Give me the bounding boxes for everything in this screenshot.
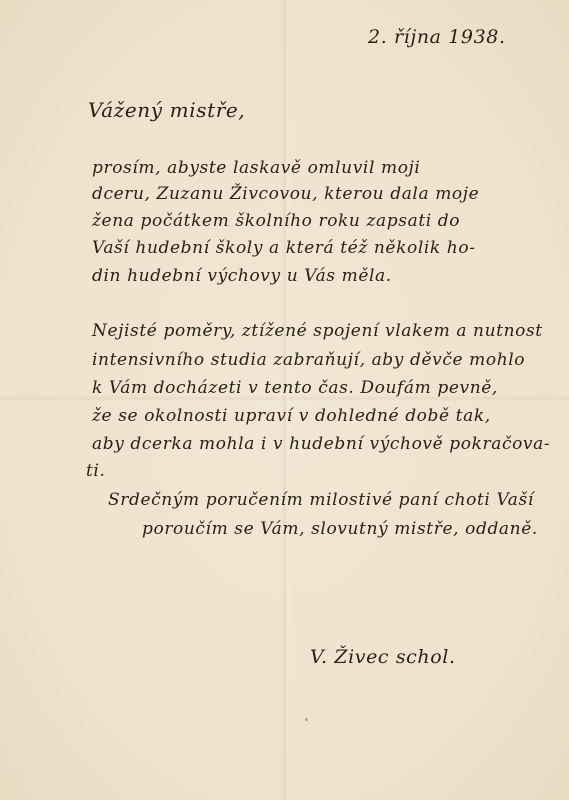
letter-date: 2. října 1938. xyxy=(368,28,506,47)
paragraph-2-line-4: že se okolnosti upraví v dohledné době t… xyxy=(92,408,491,425)
paragraph-2-line-3: k Vám docházeti v tento čas. Doufám pevn… xyxy=(92,380,498,397)
paragraph-1-line-1: prosím, abyste laskavě omluvil moji xyxy=(92,160,420,177)
letter-signature: V. Živec schol. xyxy=(310,648,456,667)
paragraph-1-line-5: din hudební výchovy u Vás měla. xyxy=(92,268,392,285)
closing-line-1: Srdečným poručením milostivé paní choti … xyxy=(108,492,534,509)
paragraph-1-line-2: dceru, Zuzanu Živcovou, kterou dala moje xyxy=(92,186,479,203)
closing-line-2: poroučím se Vám, slovutný mistře, oddaně… xyxy=(142,521,538,538)
letter-salutation: Vážený mistře, xyxy=(88,100,245,120)
paragraph-2-line-1: Nejisté poměry, ztížené spojení vlakem a… xyxy=(92,323,543,340)
paragraph-1-line-3: žena počátkem školního roku zapsati do xyxy=(92,213,460,230)
paragraph-1-line-4: Vaší hudební školy a která též několik h… xyxy=(92,240,476,257)
paragraph-2-line-5: aby dcerka mohla i v hudební výchově pok… xyxy=(92,436,550,453)
paper-speck xyxy=(305,718,308,721)
paragraph-2-line-2: intensivního studia zabraňují, aby děvče… xyxy=(92,352,525,369)
letter-page: 2. října 1938. Vážený mistře, prosím, ab… xyxy=(0,0,569,800)
paragraph-2-line-6: ti. xyxy=(86,463,105,480)
